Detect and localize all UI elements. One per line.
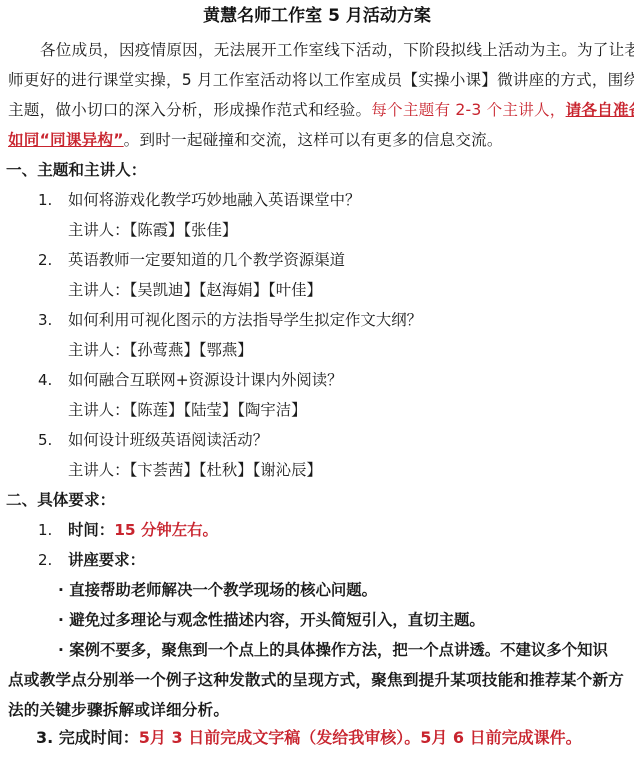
intro-line-4: 如同“同课异构”。到时一起碰撞和交流，这样可以有更多的信息交流。 [8, 130, 503, 150]
topic-speakers: 主讲人：【孙莺燕】【鄂燕】 [0, 340, 634, 360]
intro-plain-text-2: 。到时一起碰撞和交流，这样可以有更多的信息交流。 [124, 131, 503, 149]
bullet-item: · 案例不要多，聚焦到一个点上的具体操作方法，把一个点讲透。不建议多个知识 [58, 640, 608, 660]
topic-speakers: 主讲人：【陈霞】【张佳】 [0, 220, 634, 240]
topic-number: 5. [38, 430, 52, 450]
requirement-text: 时间：15 分钟左右。 [68, 520, 218, 540]
topic-title: 如何设计班级英语阅读活动？ [68, 430, 268, 450]
speaker-label: 主讲人： [68, 401, 130, 419]
intro-line-3: 主题，做小切口的深入分析，形成操作范式和经验。每个主题有 2-3 个主讲人，请各… [8, 100, 634, 120]
requirement-time: 1. 时间：15 分钟左右。 [0, 520, 634, 540]
requirement-number: 2. [38, 550, 52, 570]
deadline-value: 5月 3 日前完成文字稿（发给我审核）。5月 6 日前完成课件。 [139, 728, 582, 747]
intro-emphasis-2: 如同“同课异构” [8, 131, 124, 149]
topic-speakers: 主讲人：【陈莲】【陆莹】【陶宇洁】 [0, 400, 634, 420]
bullet-continuation: 点或教学点分别举一个例子这种发散式的呈现方式，聚焦到提升某项技能和推荐某个新方 [8, 670, 624, 690]
bullet-continuation: 法的关键步骤拆解或详细分析。 [8, 700, 229, 720]
topic-item: 5. 如何设计班级英语阅读活动？ [0, 430, 634, 450]
requirement-label: 时间： [68, 521, 114, 539]
requirement-lecture: 2. 讲座要求： [0, 550, 634, 570]
bullet-item: · 直接帮助老师解决一个教学现场的核心问题。 [58, 580, 377, 600]
speaker-line: 主讲人：【孙莺燕】【鄂燕】 [68, 340, 253, 360]
speaker-label: 主讲人： [68, 221, 130, 239]
speaker-names: 【吴凯迪】【赵海娟】【叶佳】 [130, 281, 322, 299]
speaker-names: 【陈霞】【张佳】 [130, 221, 238, 239]
speaker-label: 主讲人： [68, 341, 130, 359]
intro-line-2: 师更好的进行课堂实操，5 月工作室活动将以工作室成员【实操小课】微讲座的方式，围… [8, 70, 634, 90]
topic-title: 如何利用可视化图示的方法指导学生拟定作文大纲？ [68, 310, 422, 330]
speaker-line: 主讲人：【陈霞】【张佳】 [68, 220, 237, 240]
requirement-number: 1. [38, 520, 52, 540]
topic-number: 4. [38, 370, 52, 390]
document-title: 黄慧名师工作室 5 月活动方案 [0, 6, 634, 26]
topic-title: 英语教师一定要知道的几个教学资源渠道 [68, 250, 345, 270]
topic-item: 4. 如何融合互联网+资源设计课内外阅读？ [0, 370, 634, 390]
topic-number: 2. [38, 250, 52, 270]
speaker-line: 主讲人：【吴凯迪】【赵海娟】【叶佳】 [68, 280, 322, 300]
topic-item: 1. 如何将游戏化教学巧妙地融入英语课堂中？ [0, 190, 634, 210]
topic-item: 2. 英语教师一定要知道的几个教学资源渠道 [0, 250, 634, 270]
deadline-label: 3. 完成时间： [36, 728, 139, 747]
intro-emphasis: 请各自准备， [566, 101, 634, 119]
speaker-names: 【陈莲】【陆莹】【陶宇洁】 [130, 401, 307, 419]
topic-title: 如何将游戏化教学巧妙地融入英语课堂中？ [68, 190, 360, 210]
intro-plain-text: 主题，做小切口的深入分析，形成操作范式和经验。 [8, 101, 371, 119]
topic-number: 3. [38, 310, 52, 330]
topic-number: 1. [38, 190, 52, 210]
section-1-heading: 一、主题和主讲人： [6, 160, 146, 180]
speaker-label: 主讲人： [68, 461, 130, 479]
requirement-value: 15 分钟左右。 [114, 521, 218, 539]
speaker-line: 主讲人：【卞荟茜】【杜秋】【谢沁辰】 [68, 460, 322, 480]
topic-title: 如何融合互联网+资源设计课内外阅读？ [68, 370, 343, 390]
intro-red-text: 每个主题有 2-3 个主讲人， [371, 101, 565, 119]
speaker-line: 主讲人：【陈莲】【陆莹】【陶宇洁】 [68, 400, 307, 420]
requirement-label: 讲座要求： [68, 550, 145, 570]
speaker-names: 【孙莺燕】【鄂燕】 [130, 341, 253, 359]
topic-speakers: 主讲人：【吴凯迪】【赵海娟】【叶佳】 [0, 280, 634, 300]
topic-speakers: 主讲人：【卞荟茜】【杜秋】【谢沁辰】 [0, 460, 634, 480]
intro-line-1: 各位成员，因疫情原因，无法展开工作室线下活动，下阶段拟线上活动为主。为了让老 [40, 40, 634, 60]
speaker-label: 主讲人： [68, 281, 130, 299]
requirement-deadline: 3. 完成时间：5月 3 日前完成文字稿（发给我审核）。5月 6 日前完成课件。 [36, 728, 582, 748]
topic-item: 3. 如何利用可视化图示的方法指导学生拟定作文大纲？ [0, 310, 634, 330]
speaker-names: 【卞荟茜】【杜秋】【谢沁辰】 [130, 461, 322, 479]
section-2-heading: 二、具体要求： [6, 490, 115, 510]
bullet-item: · 避免过多理论与观念性描述内容，开头简短引入，直切主题。 [58, 610, 485, 630]
